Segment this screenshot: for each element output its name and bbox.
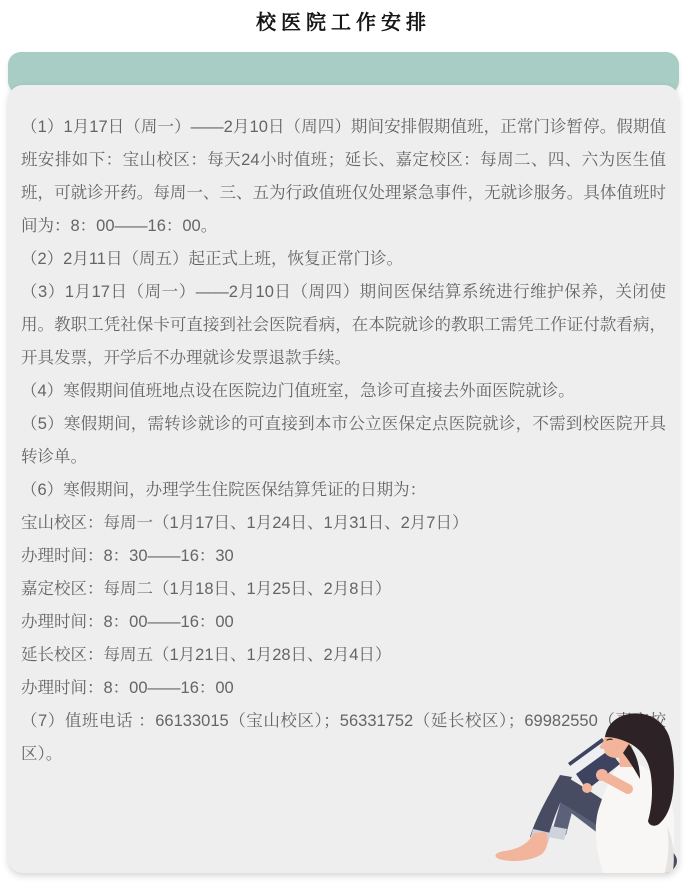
notice-paragraph: 办理时间：8：00——16：00	[21, 606, 666, 639]
shirt-shade-shape	[664, 826, 674, 873]
notice-paragraph: 办理时间：8：00——16：00	[21, 672, 666, 705]
notice-paragraph: （7）值班电话 ：66133015（宝山校区）；56331752（延长校区）；6…	[21, 705, 666, 771]
notice-paragraph: （4）寒假期间值班地点设在医院边门值班室，急诊可直接去外面医院就诊。	[21, 375, 666, 408]
notice-paragraph: 延长校区：每周五（1月21日、1月28日、2月4日）	[21, 639, 666, 672]
forearm-shape	[606, 777, 628, 789]
bare-foot-shape	[495, 832, 547, 861]
shirt-shape	[596, 757, 674, 873]
notice-page: 校医院工作安排 （1）1月17日（周一）——2月10日（周四）期间安排假期值班，…	[0, 0, 687, 884]
left-hand-shape	[582, 783, 592, 793]
notice-paragraph: 嘉定校区：每周二（1月18日、1月25日、2月8日）	[21, 573, 666, 606]
far-leg-shape	[548, 783, 644, 853]
notice-paragraph: （1）1月17日（周一）——2月10日（周四）期间安排假期值班，正常门诊暂停。假…	[21, 111, 666, 243]
notice-card: （1）1月17日（周一）——2月10日（周四）期间安排假期值班，正常门诊暂停。假…	[8, 85, 679, 873]
notice-paragraph: （2）2月11日（周五）起正式上班，恢复正常门诊。	[21, 243, 666, 276]
page-title: 校医院工作安排	[0, 6, 687, 35]
notice-paragraph: 宝山校区：每周一（1月17日、1月24日、1月31日、2月7日）	[21, 507, 666, 540]
front-leg-shape	[495, 775, 652, 861]
notice-paragraph: （3）1月17日（周一）——2月10日（周四）期间医保结算系统进行维护保养，关闭…	[21, 276, 666, 375]
notice-body: （1）1月17日（周一）——2月10日（周四）期间安排假期值班，正常门诊暂停。假…	[8, 85, 679, 771]
hip-shape	[623, 845, 677, 873]
notice-paragraph: （5）寒假期间，需转诊就诊的可直接到本市公立医保定点医院就诊，不需到校医院开具转…	[21, 408, 666, 474]
notice-paragraph: （6）寒假期间，办理学生住院医保结算凭证的日期为：	[21, 474, 666, 507]
notice-paragraph: 办理时间：8：30——16：30	[21, 540, 666, 573]
